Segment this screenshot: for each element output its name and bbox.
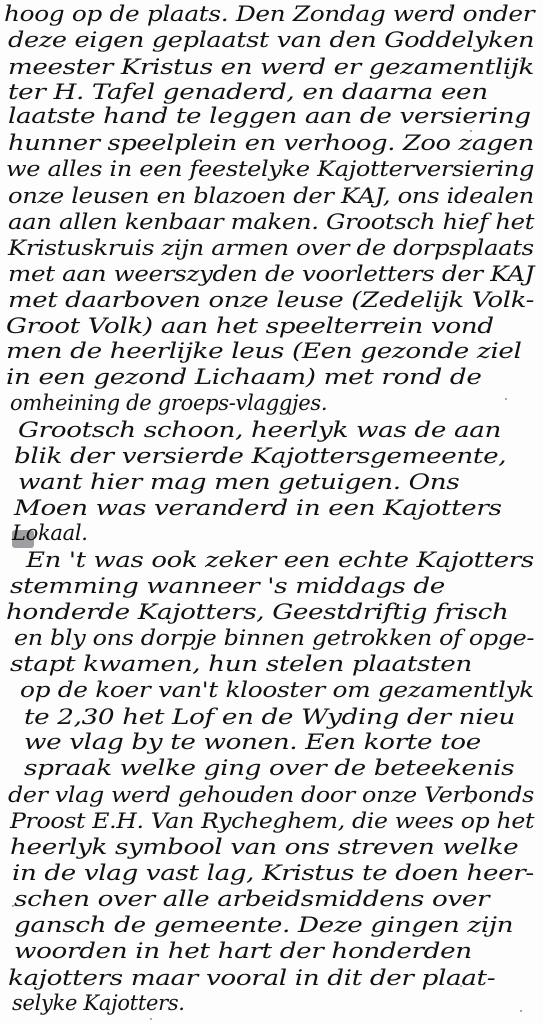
text-line: hunner speelplein en verhoog. Zoo zagen [8, 133, 534, 154]
text-line: we alles in een feestelyke Kajotterversi… [6, 159, 534, 180]
scan-speck [470, 130, 472, 132]
text-line: selyke Kajotters. [12, 993, 185, 1014]
scan-speck [505, 398, 507, 400]
scan-speck [460, 985, 462, 987]
text-line: schen over alle arbeidsmiddens over [14, 889, 489, 910]
handwritten-page: hoog op de plaats. Den Zondag werd onder… [0, 0, 543, 1024]
text-line: En 't was ook zeker een echte Kajotters [26, 550, 534, 571]
text-line: der vlag werd gehouden door onze Verbond… [8, 785, 534, 806]
text-line: want hier mag men getuigen. Ons [18, 472, 459, 493]
text-line: Kristuskruis zijn armen over de dorpspla… [8, 238, 534, 259]
text-line: gansch de gemeente. Deze gingen zijn [14, 915, 513, 936]
text-line: woorden in het hart der honderden [14, 941, 472, 962]
text-line: met daarboven onze leuse (Zedelijk Volk- [8, 290, 534, 311]
text-line: ter H. Tafel genaderd, en daarna een [8, 82, 488, 103]
text-line: men de heerlijke leus (Een gezonde ziel [6, 341, 522, 362]
text-line: Groot Volk) aan het speelterrein vond [6, 316, 494, 337]
text-line: omheining de groeps-vlaggjes. [10, 393, 327, 414]
text-line: Lokaal. [12, 523, 88, 544]
scan-speck [450, 6, 452, 8]
text-line: onze leusen en blazoen der KAJ, ons idea… [8, 186, 534, 207]
text-line: heerlyk symbool van ons streven welke [10, 837, 518, 858]
text-line: honderde Kajotters, Geestdriftig frisch [6, 602, 508, 623]
text-line: Proost E.H. Van Rycheghem, die wees op h… [10, 811, 534, 832]
text-line: in de vlag vast lag, Kristus te doen hee… [12, 863, 534, 884]
text-line: in een gezond Lichaam) met rond de [6, 367, 482, 388]
text-line: met aan weerszyden de voorletters der KA… [8, 264, 534, 285]
text-line: stemming wanneer 's middags de [10, 576, 445, 597]
text-line: te 2,30 het Lof en de Wyding der nieu [24, 707, 515, 728]
text-line: spraak welke ging over de beteekenis [24, 758, 514, 779]
text-line: op de koer van't klooster om gezamentlyk [20, 680, 534, 701]
text-line: blik der versierde Kajottersgemeente, [14, 446, 506, 467]
text-line: hoog op de plaats. Den Zondag werd onder [4, 4, 534, 25]
text-line: deze eigen geplaatst van den Goddelyken [8, 30, 534, 51]
scan-speck [150, 1018, 152, 1020]
text-line: en bly ons dorpje binnen getrokken of op… [14, 628, 534, 649]
scan-speck [520, 1010, 522, 1012]
text-line: Moen was veranderd in een Kajotters [14, 498, 502, 519]
text-line: laatste hand te leggen aan de versiering [8, 106, 531, 127]
scan-speck [470, 802, 472, 804]
scan-speck [12, 905, 14, 907]
text-line: stapt kwamen, hun stelen plaatsten [10, 654, 472, 675]
scan-speck [150, 770, 152, 772]
text-line: we vlag by te wonen. Een korte toe [24, 732, 481, 753]
text-line: aan allen kenbaar maken. Grootsch hief h… [8, 212, 534, 233]
scan-speck [520, 60, 522, 62]
text-line: meester Kristus en werd er gezamentlijk [8, 57, 534, 78]
text-line: Grootsch schoon, heerlyk was de aan [18, 420, 501, 441]
scan-speck [38, 330, 40, 332]
text-line: kajotters maar vooral in dit der plaat- [8, 968, 495, 989]
scan-speck [250, 588, 252, 590]
